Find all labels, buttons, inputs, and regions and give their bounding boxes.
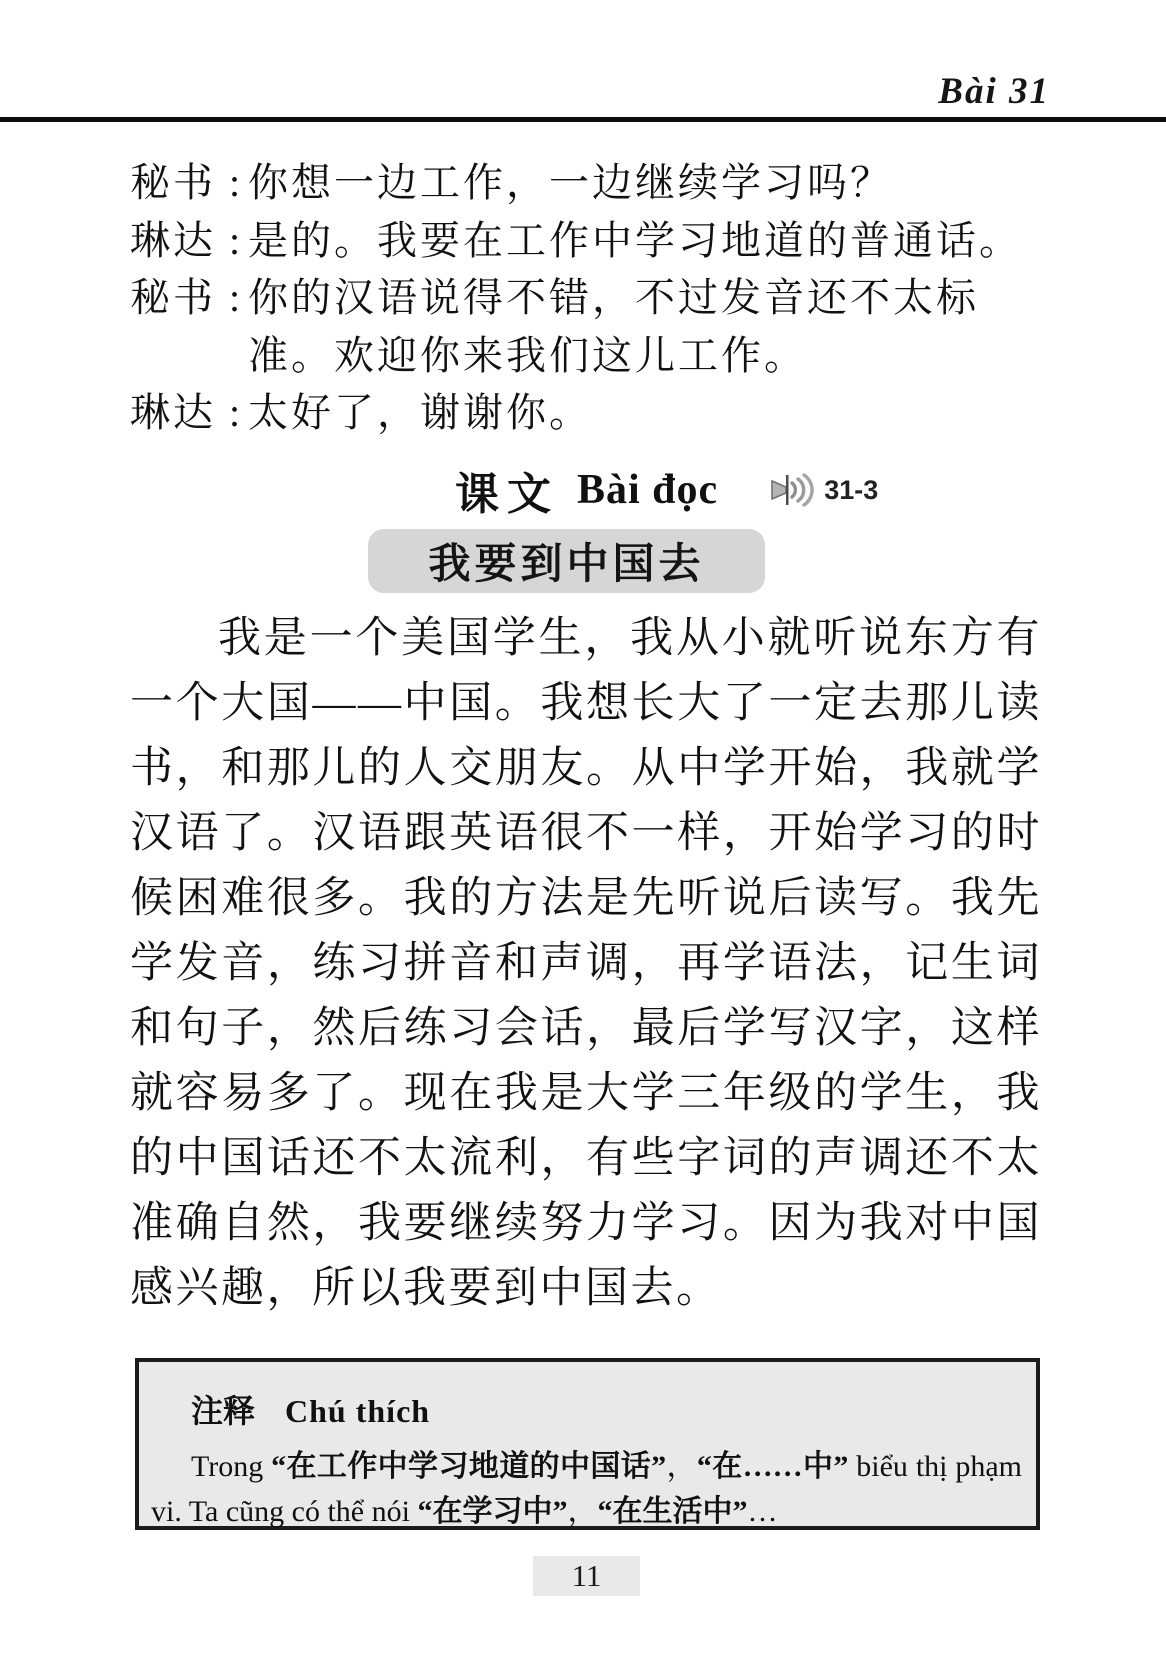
page-number-box: 11 bbox=[533, 1556, 640, 1596]
utterance-text: 是的。我要在工作中学习地道的普通话。 bbox=[248, 212, 1055, 270]
note-segment: “在学习中” bbox=[417, 1495, 567, 1528]
speaker-label: 琳达 : bbox=[130, 212, 248, 270]
note-segment: Trong bbox=[191, 1450, 271, 1483]
lesson-number: Bài 31 bbox=[938, 70, 1050, 113]
audio-indicator: 31-3 bbox=[770, 472, 878, 508]
notes-header-vietnamese: Chú thích bbox=[285, 1393, 430, 1430]
notes-text: Trong “在工作中学习地道的中国话”，“在……中” biểu thị phạ… bbox=[151, 1444, 1022, 1534]
note-segment: “在工作中学习地道的中国话” bbox=[271, 1450, 666, 1483]
speaker-label: 琳达 : bbox=[130, 384, 248, 442]
audio-track-number: 31-3 bbox=[824, 475, 878, 506]
dialogue-line: 秘书 :你的汉语说得不错，不过发音还不太标准。欢迎你来我们这儿工作。 bbox=[130, 269, 1055, 384]
dialogue-line: 琳达 :是的。我要在工作中学习地道的普通话。 bbox=[130, 212, 1055, 270]
utterance-text: 你想一边工作，一边继续学习吗？ bbox=[248, 154, 1055, 212]
note-segment: “在……中” bbox=[697, 1450, 849, 1483]
notes-box: 注释 Chú thích Trong “在工作中学习地道的中国话”，“在……中”… bbox=[135, 1358, 1040, 1530]
reading-title-box: 我要到中国去 bbox=[368, 529, 765, 593]
dialogue-line: 琳达 :太好了，谢谢你。 bbox=[130, 384, 1055, 442]
reading-header: 课文 Bài đọc 31-3 bbox=[455, 458, 878, 522]
dialogue-section: 秘书 :你想一边工作，一边继续学习吗？琳达 :是的。我要在工作中学习地道的普通话… bbox=[130, 154, 1055, 442]
section-title-chinese: 课文 bbox=[455, 458, 559, 522]
dialogue-line: 秘书 :你想一边工作，一边继续学习吗？ bbox=[130, 154, 1055, 212]
notes-header-chinese: 注释 bbox=[191, 1386, 255, 1432]
textbook-page: Bài 31 秘书 :你想一边工作，一边继续学习吗？琳达 :是的。我要在工作中学… bbox=[0, 0, 1166, 1662]
header-rule bbox=[0, 117, 1166, 122]
notes-header: 注释 Chú thích bbox=[191, 1386, 1036, 1432]
note-segment: ， bbox=[567, 1495, 597, 1528]
note-segment: “在生活中” bbox=[597, 1495, 747, 1528]
note-segment: … bbox=[747, 1495, 777, 1528]
note-segment: ， bbox=[666, 1450, 697, 1483]
utterance-text: 太好了，谢谢你。 bbox=[248, 384, 1055, 442]
speaker-label: 秘书 : bbox=[130, 154, 248, 212]
reading-title: 我要到中国去 bbox=[428, 531, 704, 591]
speaker-label: 秘书 : bbox=[130, 269, 248, 384]
page-number: 11 bbox=[572, 1558, 602, 1594]
speaker-icon bbox=[770, 472, 816, 508]
reading-body-text: 我是一个美国学生，我从小就听说东方有一个大国——中国。我想长大了一定去那儿读书，… bbox=[130, 606, 1042, 1321]
utterance-text: 你的汉语说得不错，不过发音还不太标准。欢迎你来我们这儿工作。 bbox=[248, 269, 1055, 384]
section-title-vietnamese: Bài đọc bbox=[577, 466, 718, 514]
